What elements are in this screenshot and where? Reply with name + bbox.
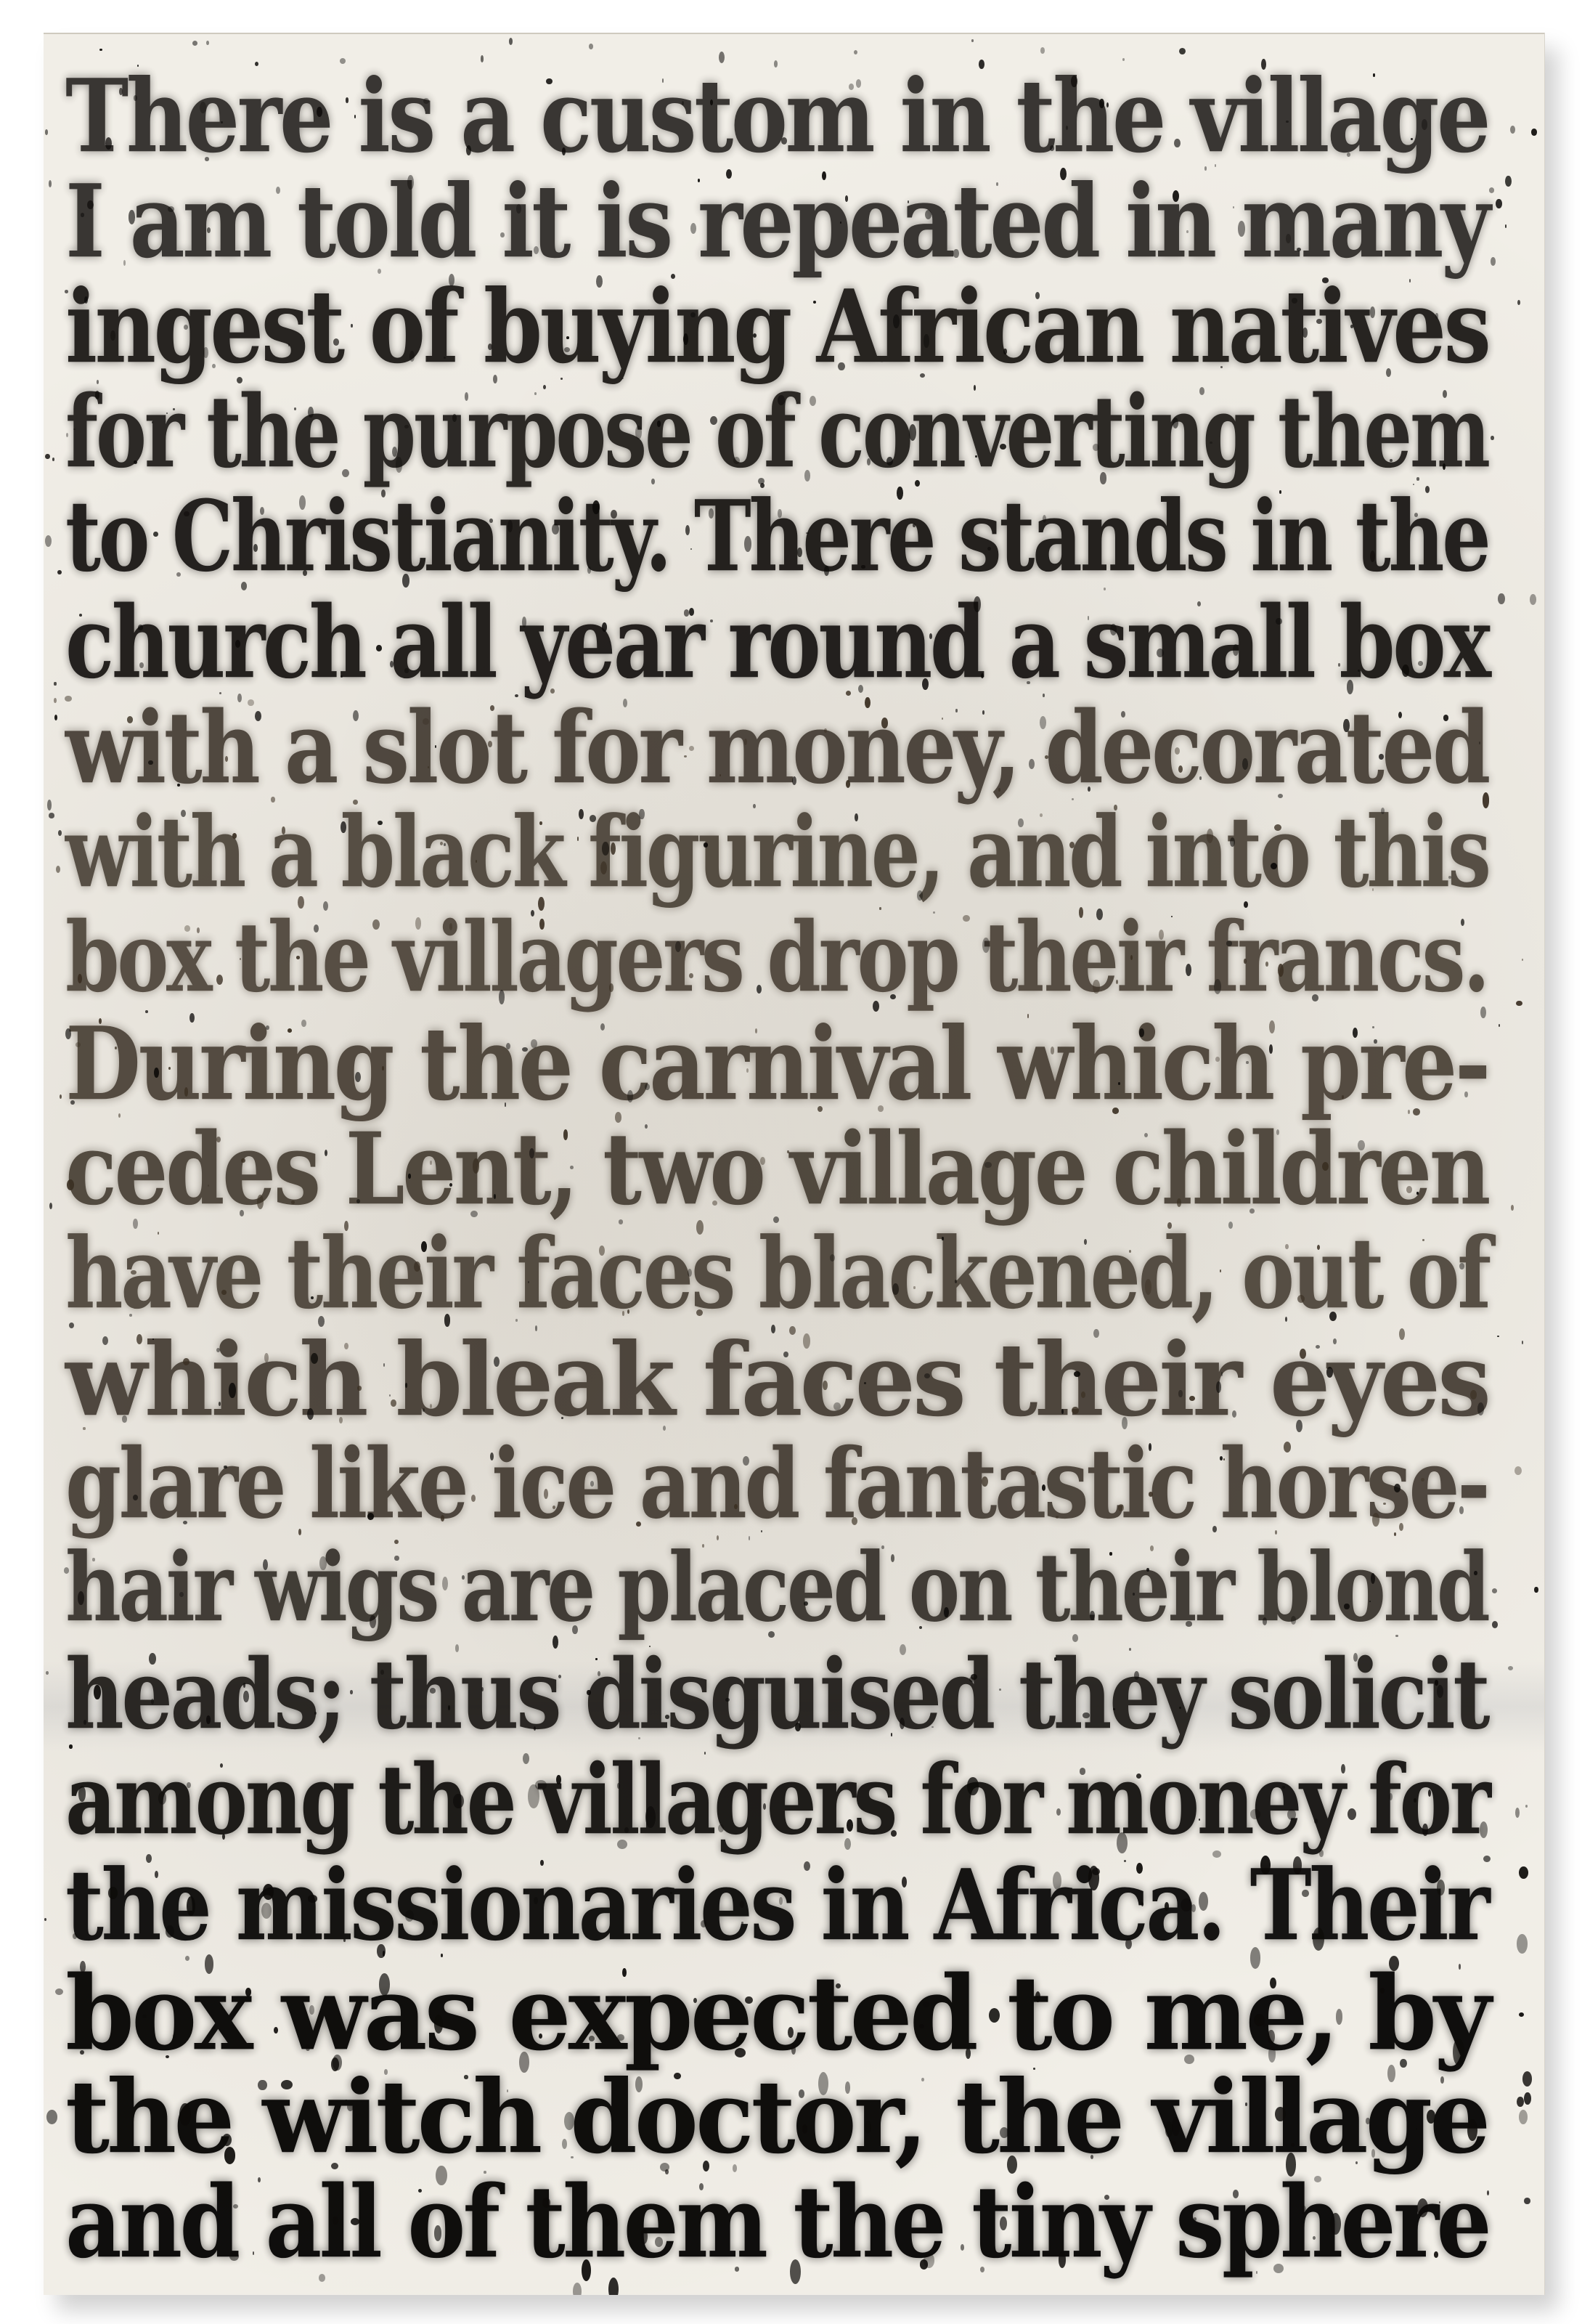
paint-speckle: [430, 1688, 436, 1693]
paint-speckle: [1370, 306, 1376, 317]
paint-speckle: [258, 2080, 267, 2091]
paint-speckle: [1178, 1390, 1182, 1397]
paint-speckle: [183, 1521, 187, 1524]
paint-speckle: [1435, 1680, 1438, 1686]
paint-speckle: [185, 1956, 189, 1961]
paint-speckle: [564, 347, 570, 352]
paint-speckle: [735, 2267, 740, 2271]
paint-speckle: [617, 1783, 620, 1789]
paint-speckle: [435, 745, 436, 748]
paint-speckle: [1282, 1786, 1285, 1789]
paint-speckle: [1250, 1947, 1260, 1968]
paint-speckle: [1416, 2128, 1417, 2130]
paint-speckle: [619, 1219, 624, 1224]
text-line-14-ink: glare like ice and fantastic horse-: [65, 1436, 1488, 1532]
paint-speckle: [590, 815, 596, 822]
paint-speckle: [1072, 1634, 1078, 1642]
paint-speckle: [1505, 176, 1512, 187]
paint-speckle: [663, 1426, 666, 1431]
paint-speckle: [1093, 980, 1099, 994]
paint-speckle: [925, 210, 931, 219]
paint-speckle: [684, 609, 690, 617]
paint-speckle: [224, 2147, 236, 2164]
paint-speckle: [1214, 979, 1221, 994]
paint-speckle: [1508, 1666, 1514, 1670]
text-line-6-ink: church all year round a small box: [65, 593, 1489, 693]
paint-speckle: [1220, 1456, 1223, 1460]
paint-speckle: [955, 709, 958, 713]
paint-speckle: [746, 1068, 749, 1073]
paint-speckle: [1059, 2251, 1067, 2268]
paint-speckle: [500, 232, 505, 238]
paint-speckle: [636, 1521, 641, 1527]
paint-speckle: [384, 2069, 388, 2074]
paint-speckle: [57, 570, 62, 574]
paint-speckle: [392, 447, 397, 457]
paint-speckle: [1524, 2198, 1530, 2204]
paint-speckle: [455, 1644, 459, 1652]
paint-speckle: [1263, 1617, 1267, 1625]
paint-speckle: [1254, 2014, 1265, 2026]
paint-speckle: [1402, 665, 1409, 677]
paint-speckle: [984, 1162, 992, 1168]
paint-speckle: [822, 171, 826, 180]
paint-speckle: [1018, 818, 1023, 827]
paint-speckle: [1425, 486, 1430, 493]
paint-speckle: [69, 1744, 72, 1748]
paint-speckle: [73, 1933, 77, 1939]
paint-speckle: [562, 2139, 567, 2148]
paint-speckle: [206, 41, 208, 45]
paint-speckle: [920, 373, 925, 378]
paint-speckle: [1440, 2076, 1444, 2084]
paint-speckle: [1226, 940, 1232, 946]
paint-speckle: [1029, 759, 1035, 768]
paint-speckle: [376, 645, 382, 651]
paint-speckle: [1275, 1530, 1277, 1535]
paint-speckle: [671, 274, 675, 279]
text-line-5: to Christianity. There stands in theto C…: [65, 488, 1310, 585]
text-line-6: church all year round a small boxchurch …: [65, 593, 1339, 693]
paint-speckle: [122, 1415, 126, 1423]
paint-speckle: [1099, 99, 1104, 107]
paint-speckle: [1174, 139, 1181, 147]
paint-speckle: [1177, 1198, 1181, 1207]
paint-speckle: [1149, 1443, 1152, 1450]
paint-speckle: [682, 101, 684, 105]
paint-speckle: [184, 925, 191, 932]
paint-speckle: [229, 2251, 239, 2261]
paint-speckle: [1530, 594, 1536, 604]
paint-speckle: [1459, 1263, 1464, 1269]
paint-speckle: [294, 407, 296, 410]
paint-speckle: [1007, 2156, 1017, 2174]
paint-speckle: [49, 813, 54, 818]
paint-speckle: [1088, 1866, 1099, 1890]
paint-speckle: [1516, 1001, 1522, 1006]
paint-speckle: [917, 890, 924, 900]
paint-speckle: [319, 2274, 326, 2282]
paint-speckle: [539, 919, 545, 930]
paint-speckle: [110, 330, 115, 340]
paint-speckle: [47, 800, 52, 810]
paint-speckle: [318, 1316, 325, 1327]
paint-speckle: [577, 837, 579, 840]
paint-speckle: [391, 1399, 396, 1407]
paint-speckle: [1483, 792, 1490, 808]
paint-speckle: [1136, 1863, 1143, 1874]
paint-speckle: [645, 1806, 656, 1829]
paint-speckle: [1056, 1808, 1061, 1816]
paint-speckle: [200, 102, 206, 113]
paint-speckle: [804, 1601, 808, 1606]
paint-speckle: [108, 1887, 118, 1899]
text-line-11: cedes Lent, two village childrencedes Le…: [65, 1120, 1412, 1219]
paint-speckle: [490, 705, 494, 711]
paint-speckle: [1040, 47, 1045, 54]
paint-speckle: [1199, 387, 1204, 395]
text-line-19: box was expected to me, bybox was expect…: [65, 1962, 1545, 2065]
paint-speckle: [173, 2034, 176, 2038]
paint-speckle: [1344, 1604, 1349, 1610]
paint-speckle: [924, 334, 929, 347]
paint-speckle: [341, 675, 343, 678]
paint-speckle: [891, 1830, 897, 1837]
paint-speckle: [913, 524, 915, 527]
paint-speckle: [787, 1150, 788, 1153]
paint-speckle: [1054, 1657, 1056, 1661]
paint-speckle: [115, 1047, 117, 1049]
paint-speckle: [1522, 2071, 1533, 2087]
paint-speckle: [331, 2163, 338, 2169]
paint-speckle: [44, 1918, 46, 1921]
paint-speckle: [243, 1691, 249, 1702]
paint-speckle: [753, 804, 755, 808]
paint-speckle: [665, 1715, 669, 1718]
paint-speckle: [924, 1373, 930, 1378]
text-line-2: I am told it is repeated in manyI am tol…: [65, 172, 1400, 273]
paint-speckle: [222, 1834, 225, 1840]
paint-speckle: [1215, 1057, 1219, 1062]
paint-speckle: [1480, 1821, 1488, 1839]
paint-speckle: [1416, 1192, 1419, 1195]
paint-speckle: [779, 1897, 783, 1905]
paint-speckle: [982, 1476, 988, 1487]
paint-speckle: [83, 1427, 85, 1430]
paint-speckle: [509, 38, 513, 45]
paint-speckle: [350, 1690, 353, 1694]
text-line-13-ink: which bleak faces their eyes: [65, 1330, 1488, 1431]
paint-speckle: [1296, 1420, 1302, 1432]
paint-speckle: [890, 994, 896, 999]
text-line-3-ink: ingest of buying African natives: [65, 277, 1488, 378]
paint-speckle: [45, 454, 50, 459]
paint-speckle: [599, 1246, 605, 1255]
paint-speckle: [353, 710, 359, 721]
paint-speckle: [407, 175, 414, 190]
paint-speckle: [1278, 794, 1283, 798]
paint-speckle: [206, 1715, 211, 1723]
paint-speckle: [309, 2005, 314, 2014]
paint-speckle: [528, 1784, 539, 1808]
paint-speckle: [804, 470, 810, 481]
paint-speckle: [1150, 1545, 1154, 1551]
paint-speckle: [237, 694, 242, 702]
paint-speckle: [589, 44, 593, 49]
text-line-1-ink: There is a custom in the village: [65, 67, 1488, 168]
paint-speckle: [389, 1394, 391, 1397]
text-line-7-ink: with a slot for money, decorated: [65, 699, 1488, 798]
paint-speckle: [78, 974, 82, 983]
paint-speckle: [1353, 1653, 1358, 1662]
paint-speckle: [1353, 1028, 1358, 1037]
paint-speckle: [1383, 1503, 1386, 1505]
paint-speckle: [179, 2103, 190, 2126]
paint-speckle: [52, 458, 54, 461]
paint-speckle: [531, 910, 534, 917]
paint-speckle: [70, 1100, 75, 1105]
paint-speckle: [704, 842, 709, 847]
paint-speckle: [1261, 59, 1266, 70]
paint-speckle: [94, 1685, 100, 1699]
paint-speckle: [462, 1575, 465, 1580]
paint-speckle: [1422, 1824, 1427, 1836]
paint-speckle: [1519, 2012, 1524, 2017]
paint-speckle: [1286, 2153, 1296, 2177]
paint-speckle: [685, 525, 690, 535]
text-line-3: ingest of buying African nativesingest o…: [65, 277, 1387, 378]
paint-speckle: [741, 1922, 743, 1925]
paint-speckle: [1121, 711, 1125, 718]
paint-speckle: [1173, 190, 1179, 202]
paint-speckle: [846, 780, 850, 788]
paint-speckle: [534, 246, 539, 254]
paint-speckle: [507, 520, 513, 532]
paint-speckle: [538, 897, 545, 911]
paint-speckle: [1090, 2155, 1093, 2159]
paint-speckle: [1112, 1108, 1119, 1113]
paint-speckle: [60, 1094, 62, 1099]
paint-speckle: [1510, 126, 1515, 134]
paint-speckle: [179, 1592, 184, 1597]
paint-speckle: [1003, 349, 1006, 354]
paint-speckle: [1149, 1492, 1153, 1496]
paint-speckle: [45, 129, 49, 135]
text-line-21: and all of them the tiny sphereand all o…: [65, 2173, 1450, 2272]
paint-speckle: [1422, 1239, 1424, 1241]
paint-speckle: [1387, 2065, 1395, 2083]
paint-speckle: [1372, 1026, 1374, 1029]
paint-speckle: [1106, 102, 1109, 107]
paint-speckle: [515, 694, 518, 697]
text-line-5-ink: to Christianity. There stands in the: [65, 488, 1488, 585]
paint-speckle: [923, 2002, 929, 2007]
paint-speckle: [1179, 48, 1186, 54]
paint-speckle: [131, 1270, 136, 1275]
paint-speckle: [444, 843, 445, 846]
paint-speckle: [817, 2205, 820, 2211]
paint-speckle: [879, 907, 881, 909]
text-line-9: box the villagers drop their francs.box …: [65, 909, 1337, 1005]
paint-speckle: [341, 821, 346, 834]
paint-speckle: [1279, 490, 1281, 494]
paint-speckle: [1088, 787, 1090, 792]
paint-speckle: [1093, 444, 1099, 450]
paint-speckle: [418, 2189, 422, 2193]
paint-speckle: [155, 1871, 158, 1878]
paint-speckle: [187, 1896, 195, 1917]
paint-speckle: [552, 524, 559, 535]
paint-speckle: [1181, 1898, 1192, 1911]
paint-speckle: [308, 1895, 317, 1902]
canvas-right-edge: [1544, 33, 1545, 2295]
paint-speckle: [229, 1383, 236, 1398]
paint-speckle: [1250, 1809, 1260, 1819]
paint-speckle: [1256, 2271, 1257, 2274]
paint-speckle: [473, 1158, 479, 1174]
paint-speckle: [1287, 1809, 1295, 1820]
paint-speckle: [1395, 1635, 1398, 1637]
paint-speckle: [1386, 368, 1391, 377]
paint-speckle: [311, 1353, 318, 1364]
paint-speckle: [573, 2283, 582, 2295]
paint-speckle: [662, 78, 664, 83]
paint-speckle: [897, 487, 902, 500]
paint-speckle: [735, 2048, 746, 2057]
paint-speckle: [698, 179, 700, 183]
paint-speckle: [579, 809, 584, 819]
paint-speckle: [1031, 1471, 1036, 1476]
paint-speckle: [534, 392, 537, 395]
paint-speckle: [1274, 824, 1281, 831]
paint-speckle: [271, 797, 274, 803]
paint-speckle: [635, 2076, 643, 2092]
paint-speckle: [1312, 994, 1318, 1001]
paint-speckle: [119, 88, 123, 95]
paint-speckle: [205, 1954, 214, 1974]
paint-speckle: [127, 716, 133, 723]
paint-speckle: [1249, 1208, 1254, 1214]
paint-speckle: [276, 187, 280, 194]
text-line-16: heads; thus disguised they solicitheads;…: [65, 1646, 1390, 1742]
paint-speckle: [790, 2259, 801, 2284]
paint-speckle: [649, 1646, 651, 1647]
paint-speckle: [46, 1671, 49, 1674]
paint-speckle: [1146, 1568, 1149, 1572]
paint-speckle: [1056, 1516, 1058, 1518]
paint-speckle: [572, 1625, 578, 1634]
paint-speckle: [1515, 1808, 1520, 1818]
paint-speckle: [263, 1884, 274, 1900]
painting-canvas: There is a custom in the villageThere is…: [44, 33, 1545, 2295]
paint-speckle: [333, 2055, 342, 2071]
paint-speckle: [54, 715, 57, 720]
paint-speckle: [1517, 1934, 1528, 1953]
text-line-12: have their faces blackened, out ofhave t…: [65, 1225, 1349, 1323]
paint-speckle: [891, 1554, 894, 1561]
paint-speckle: [184, 325, 188, 330]
paint-speckle: [942, 718, 943, 720]
paint-speckle: [351, 2218, 359, 2225]
paint-speckle: [761, 1530, 762, 1532]
paint-speckle: [531, 1039, 537, 1047]
paint-speckle: [1483, 1856, 1491, 1863]
paint-speckle: [854, 50, 857, 54]
paint-speckle: [542, 2198, 550, 2208]
paint-speckle: [1341, 1764, 1345, 1774]
paint-speckle: [394, 1540, 399, 1544]
paint-speckle: [54, 698, 57, 703]
paint-speckle: [1051, 1047, 1055, 1055]
paint-speckle: [1416, 477, 1420, 481]
paint-speckle: [929, 633, 932, 638]
paint-speckle: [982, 710, 984, 714]
paint-speckle: [484, 2187, 486, 2190]
paint-speckle: [736, 2036, 743, 2042]
paint-speckle: [409, 351, 415, 362]
paint-speckle: [1394, 1532, 1396, 1536]
paint-speckle: [261, 1903, 272, 1919]
paint-speckle: [1122, 1417, 1128, 1429]
text-line-17: among the villagers for money foramong t…: [65, 1752, 1361, 1848]
paint-speckle: [1414, 513, 1418, 517]
text-line-10: During the carnival which pre-During the…: [65, 1015, 1432, 1116]
text-line-20-ink: the witch doctor, the village: [65, 2068, 1488, 2169]
paint-speckle: [778, 509, 781, 518]
paint-speckle: [627, 1090, 633, 1102]
paint-speckle: [1422, 119, 1428, 130]
paint-speckle: [1244, 959, 1247, 964]
paint-speckle: [534, 1897, 538, 1904]
paint-speckle: [149, 1653, 156, 1665]
paint-speckle: [83, 1720, 86, 1726]
paint-speckle: [166, 2055, 169, 2058]
paint-speckle: [963, 915, 969, 922]
paint-speckle: [1374, 1039, 1377, 1044]
paint-speckle: [589, 2036, 595, 2041]
paint-speckle: [1531, 129, 1536, 135]
paint-speckle: [570, 1166, 573, 1169]
paint-speckle: [55, 1988, 63, 1995]
paint-speckle: [824, 566, 829, 576]
paint-speckle: [1399, 1328, 1405, 1340]
paint-speckle: [1167, 1222, 1172, 1229]
paint-speckle: [881, 718, 889, 728]
paint-speckle: [405, 1383, 407, 1388]
paint-speckle: [1212, 1526, 1217, 1532]
paint-speckle: [1489, 187, 1495, 193]
paint-speckle: [873, 1001, 879, 1012]
paint-speckle: [1333, 1338, 1337, 1344]
paint-speckle: [1033, 2068, 1035, 2069]
paint-speckle: [281, 2080, 293, 2089]
paint-speckle: [1199, 1892, 1208, 1911]
paint-speckle: [301, 1020, 306, 1027]
paint-speckle: [1534, 1587, 1538, 1593]
text-line-1: There is a custom in the villageThere is…: [65, 67, 1400, 168]
paint-speckle: [1284, 1442, 1291, 1452]
paint-speckle: [1084, 1239, 1087, 1245]
paint-speckle: [967, 1777, 979, 1795]
paint-speckle: [382, 1066, 385, 1070]
paint-speckle: [241, 582, 247, 590]
paint-speckle: [192, 41, 197, 46]
paint-speckle: [1179, 1707, 1181, 1709]
paint-speckle: [944, 1607, 949, 1617]
paint-speckle: [975, 455, 977, 458]
paint-speckle: [582, 2259, 591, 2281]
paint-speckle: [1189, 1396, 1195, 1401]
